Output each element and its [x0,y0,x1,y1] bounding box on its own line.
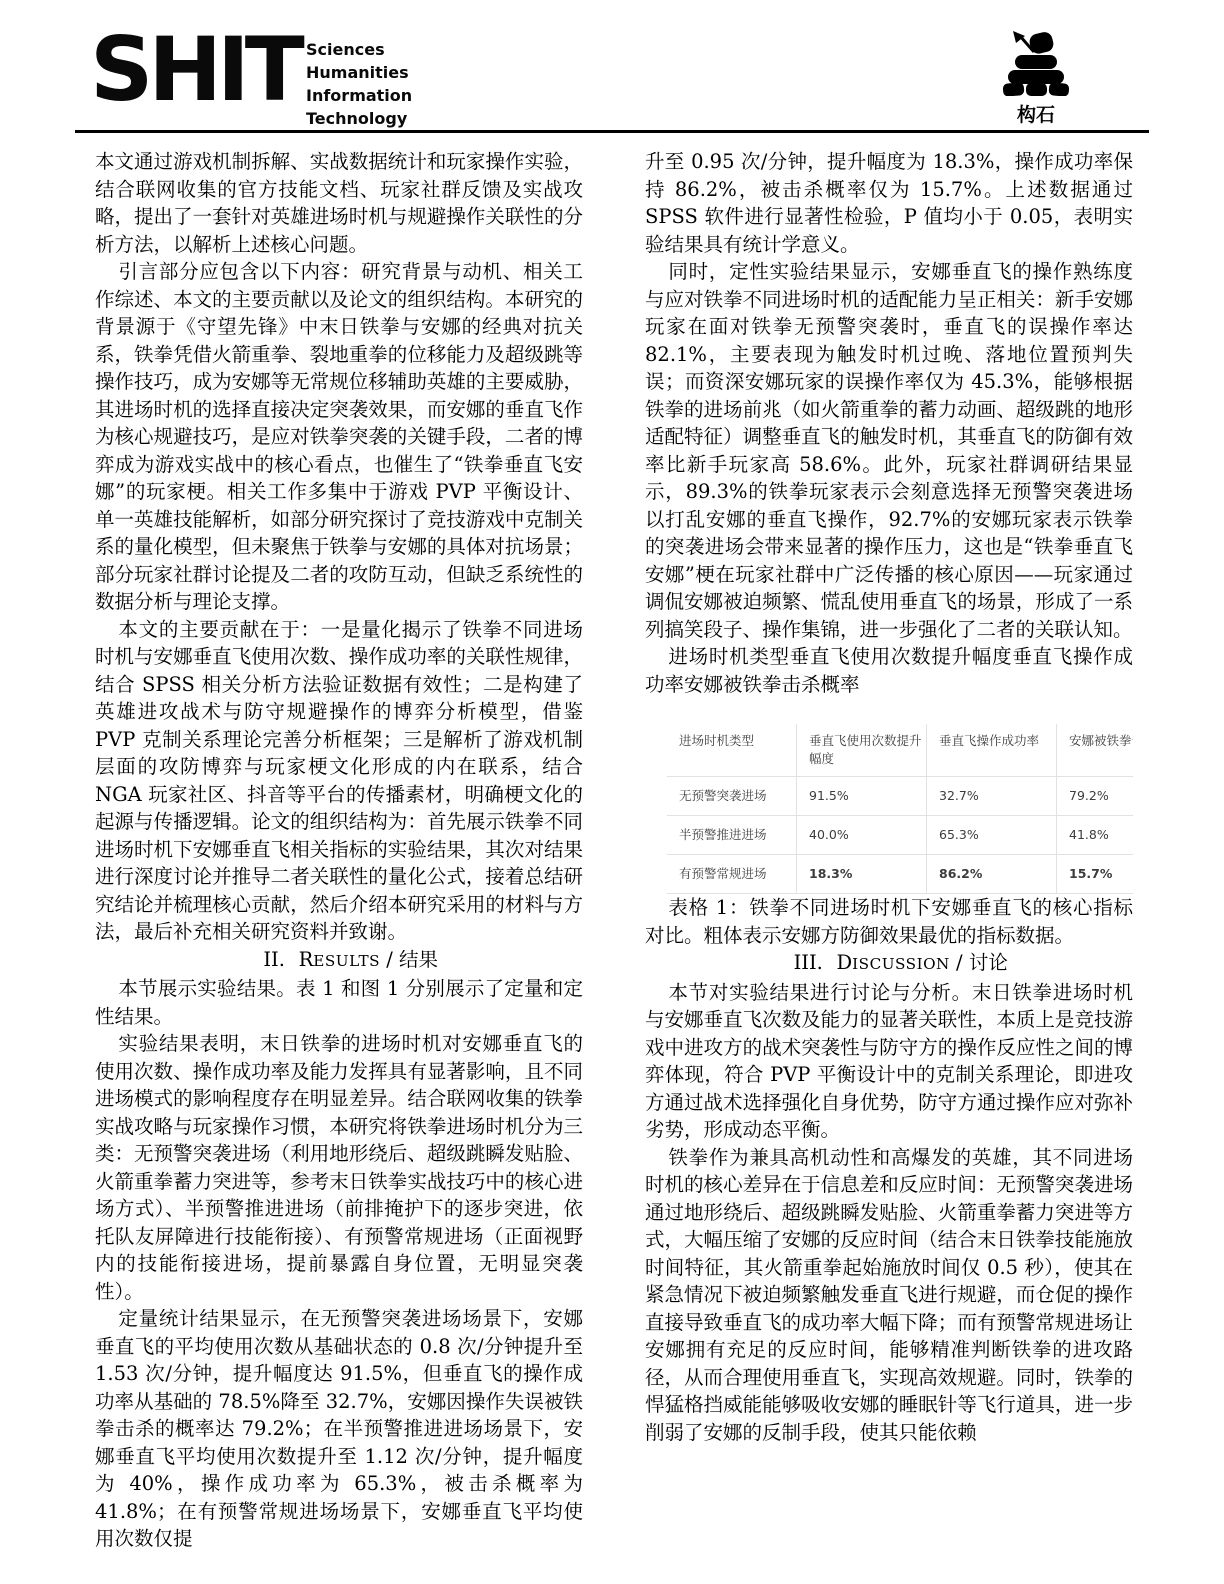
table-header-cell: 进场时机类型 [667,724,797,777]
paper-page: SHIT Sciences Humanities Information Tec… [0,0,1224,1584]
section-heading-discussion: III.DISCUSSION / 讨论 [645,949,1133,979]
results-table: 进场时机类型 垂直飞使用次数提升幅度 垂直飞操作成功率 安娜被铁拳击杀概率 无预… [667,724,1133,894]
paragraph: 铁拳作为兼具高机动性和高爆发的英雄，其不同进场时机的核心差异在于信息差和反应时间… [645,1144,1133,1447]
paragraph: 本文的主要贡献在于：一是量化揭示了铁拳不同进场时机与安娜垂直飞使用次数、操作成功… [95,616,583,946]
publisher-logo-label: 构石 [998,100,1074,127]
table-cell: 86.2% [927,855,1057,894]
section-numeral: II. [263,948,285,971]
table-row: 无预警突袭进场 91.5% 32.7% 79.2% [667,777,1133,816]
table-row: 半预警推进进场 40.0% 65.3% 41.8% [667,816,1133,855]
section-heading-results: II.RESULTS / 结果 [95,946,583,976]
table-cell: 有预警常规进场 [667,855,797,894]
table-cell: 半预警推进进场 [667,816,797,855]
table-cell: 无预警突袭进场 [667,777,797,816]
table-caption: 表格 1：铁拳不同进场时机下安娜垂直飞的核心指标对比。粗体表示安娜方防御效果最优… [645,894,1133,949]
paragraph: 升至 0.95 次/分钟，提升幅度为 18.3%，操作成功率保持 86.2%，被… [645,148,1133,258]
publisher-logo: 构石 [998,30,1074,127]
journal-subtitle-line: Technology [306,107,412,130]
journal-subtitle-line: Humanities [306,61,412,84]
table-header-cell: 垂直飞使用次数提升幅度 [797,724,927,777]
journal-subtitle-line: Sciences [306,38,412,61]
table-header-row: 进场时机类型 垂直飞使用次数提升幅度 垂直飞操作成功率 安娜被铁拳击杀概率 [667,724,1133,777]
table-header-cell: 垂直飞操作成功率 [927,724,1057,777]
paragraph: 引言部分应包含以下内容：研究背景与动机、相关工作综述、本文的主要贡献以及论文的组… [95,258,583,616]
table-cell: 18.3% [797,855,927,894]
paragraph: 定量统计结果显示，在无预警突袭进场场景下，安娜垂直飞的平均使用次数从基础状态的 … [95,1305,583,1553]
journal-subtitle-line: Information [306,84,412,107]
table-cell: 32.7% [927,777,1057,816]
section-title-lead: D [837,951,853,974]
paragraph: 同时，定性实验结果显示，安娜垂直飞的操作熟练度与应对铁拳不同进场时机的适配能力呈… [645,258,1133,643]
left-column: 本文通过游戏机制拆解、实战数据统计和玩家操作实验，结合联网收集的官方技能文档、玩… [95,148,583,1578]
section-title-suffix: / 结果 [380,948,438,971]
journal-subtitle: Sciences Humanities Information Technolo… [306,38,412,130]
stone-pile-icon [1000,81,1072,100]
right-column: 升至 0.95 次/分钟，提升幅度为 18.3%，操作成功率保持 86.2%，被… [645,148,1133,1578]
table-header-cell: 安娜被铁拳击杀概率 [1057,724,1134,777]
section-title-lead: R [299,948,314,971]
section-numeral: III. [794,951,823,974]
table-cell: 15.7% [1057,855,1134,894]
journal-logo: SHIT [90,26,300,114]
table-cell: 41.8% [1057,816,1134,855]
section-title-smallcaps: ISCUSSION [852,955,950,973]
paragraph: 本文通过游戏机制拆解、实战数据统计和玩家操作实验，结合联网收集的官方技能文档、玩… [95,148,583,258]
table-cell: 65.3% [927,816,1057,855]
table-cell: 79.2% [1057,777,1134,816]
paragraph: 实验结果表明，末日铁拳的进场时机对安娜垂直飞的使用次数、操作成功率及能力发挥具有… [95,1030,583,1305]
paragraph: 进场时机类型垂直飞使用次数提升幅度垂直飞操作成功率安娜被铁拳击杀概率 [645,643,1133,698]
masthead-rule [75,130,1149,133]
table-cell: 91.5% [797,777,927,816]
paragraph: 本节对实验结果进行讨论与分析。末日铁拳进场时机与安娜垂直飞次数及能力的显著关联性… [645,979,1133,1144]
table-row: 有预警常规进场 18.3% 86.2% 15.7% [667,855,1133,894]
section-title-suffix: / 讨论 [950,951,1008,974]
paragraph: 本节展示实验结果。表 1 和图 1 分别展示了定量和定性结果。 [95,975,583,1030]
table-cell: 40.0% [797,816,927,855]
section-title-smallcaps: ESULTS [313,952,380,970]
